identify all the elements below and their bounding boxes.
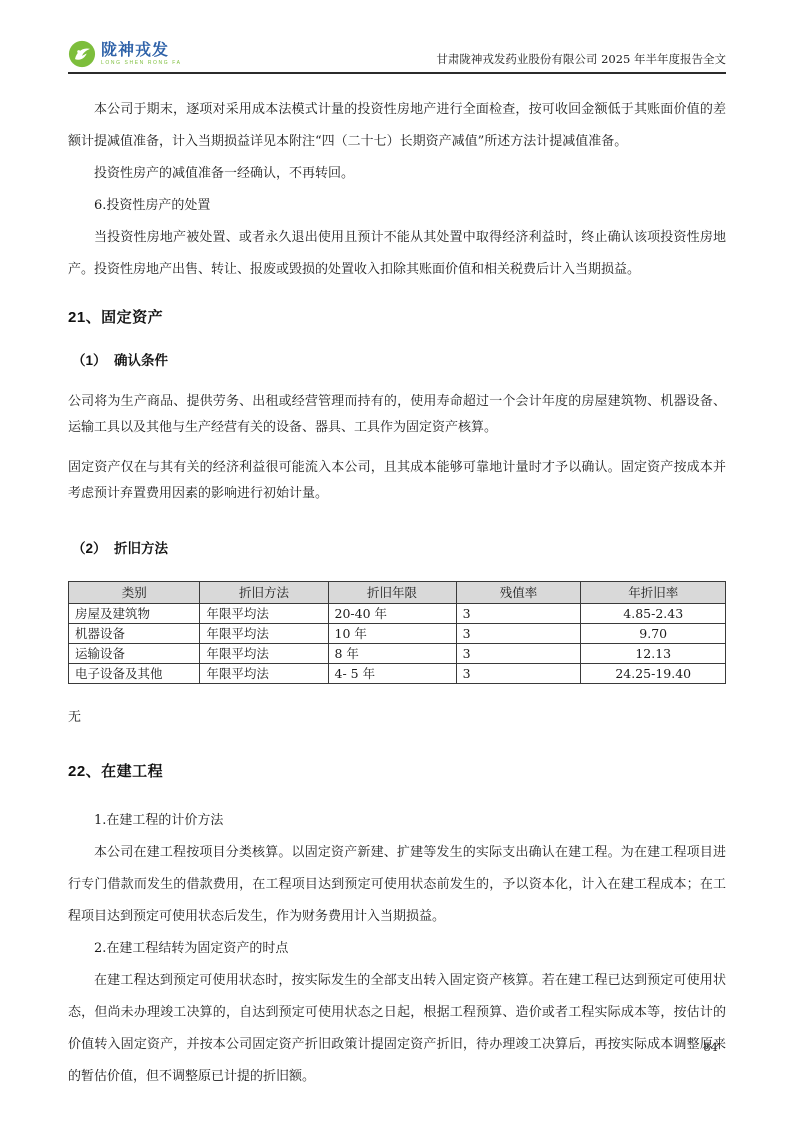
logo-text: 陇神戎发 LONG SHEN RONG FA [101, 43, 182, 66]
table-header-residual-rate: 残值率 [456, 582, 581, 604]
paragraph-disposal-body: 当投资性房地产被处置、或者永久退出使用且预计不能从其处置中取得经济利益时，终止确… [68, 222, 726, 286]
paragraph-fixed-asset-measurement: 固定资产仅在与其有关的经济利益很可能流入本公司，且其成本能够可靠地计量时才予以确… [68, 455, 726, 507]
table-row: 运输设备 年限平均法 8 年 3 12.13 [69, 644, 726, 664]
table-cell: 3 [456, 664, 581, 684]
table-header-annual-rate: 年折旧率 [581, 582, 726, 604]
table-row: 电子设备及其他 年限平均法 4- 5 年 3 24.25-19.40 [69, 664, 726, 684]
table-cell: 10 年 [328, 624, 456, 644]
logo-icon [68, 40, 96, 68]
paragraph-impairment-check: 本公司于期末，逐项对采用成本法模式计量的投资性房地产进行全面检查，按可收回金额低… [68, 94, 726, 158]
paragraph-fixed-asset-recognition: 公司将为生产商品、提供劳务、出租或经营管理而持有的，使用寿命超过一个会计年度的房… [68, 389, 726, 441]
table-cell: 3 [456, 624, 581, 644]
section-21-sub2-heading: （2） 折旧方法 [68, 537, 726, 557]
paragraph-cip-transfer-title: 2.在建工程结转为固定资产的时点 [68, 933, 726, 965]
section-22-heading: 22、在建工程 [68, 760, 726, 781]
table-cell: 3 [456, 604, 581, 624]
table-cell: 9.70 [581, 624, 726, 644]
page-number: 84 [703, 1040, 718, 1054]
page-content: 本公司于期末，逐项对采用成本法模式计量的投资性房地产进行全面检查，按可收回金额低… [68, 94, 726, 1093]
table-cell: 3 [456, 644, 581, 664]
table-cell: 12.13 [581, 644, 726, 664]
report-page: 陇神戎发 LONG SHEN RONG FA 甘肃陇神戎发药业股份有限公司 20… [0, 0, 793, 1122]
table-header-row: 类别 折旧方法 折旧年限 残值率 年折旧率 [69, 582, 726, 604]
page-header: 陇神戎发 LONG SHEN RONG FA 甘肃陇神戎发药业股份有限公司 20… [68, 0, 726, 74]
paragraph-cip-transfer-body: 在建工程达到预定可使用状态时，按实际发生的全部支出转入固定资产核算。若在建工程已… [68, 965, 726, 1093]
logo-brand-en: LONG SHEN RONG FA [101, 61, 182, 66]
section-21-sub1-heading: （1） 确认条件 [68, 349, 726, 369]
table-row: 机器设备 年限平均法 10 年 3 9.70 [69, 624, 726, 644]
table-cell: 4- 5 年 [328, 664, 456, 684]
table-cell: 20-40 年 [328, 604, 456, 624]
table-cell: 机器设备 [69, 624, 200, 644]
table-cell: 年限平均法 [200, 624, 328, 644]
document-title: 甘肃陇神戎发药业股份有限公司 2025 年半年度报告全文 [436, 51, 726, 68]
table-cell: 房屋及建筑物 [69, 604, 200, 624]
table-header-life: 折旧年限 [328, 582, 456, 604]
section-21-heading: 21、固定资产 [68, 306, 726, 327]
table-cell: 24.25-19.40 [581, 664, 726, 684]
depreciation-table: 类别 折旧方法 折旧年限 残值率 年折旧率 房屋及建筑物 年限平均法 20-40… [68, 581, 726, 684]
table-cell: 8 年 [328, 644, 456, 664]
table-cell: 4.85-2.43 [581, 604, 726, 624]
table-row: 房屋及建筑物 年限平均法 20-40 年 3 4.85-2.43 [69, 604, 726, 624]
paragraph-cip-valuation-title: 1.在建工程的计价方法 [68, 805, 726, 837]
paragraph-impairment-no-reversal: 投资性房产的减值准备一经确认，不再转回。 [68, 158, 726, 190]
table-cell: 电子设备及其他 [69, 664, 200, 684]
logo-brand-cn: 陇神戎发 [101, 43, 182, 59]
none-note: 无 [68, 702, 726, 734]
paragraph-disposal-title: 6.投资性房产的处置 [68, 190, 726, 222]
table-cell: 年限平均法 [200, 664, 328, 684]
table-header-method: 折旧方法 [200, 582, 328, 604]
table-cell: 年限平均法 [200, 604, 328, 624]
table-header-category: 类别 [69, 582, 200, 604]
paragraph-cip-valuation-body: 本公司在建工程按项目分类核算。以固定资产新建、扩建等发生的实际支出确认在建工程。… [68, 837, 726, 933]
company-logo: 陇神戎发 LONG SHEN RONG FA [68, 40, 182, 68]
table-cell: 年限平均法 [200, 644, 328, 664]
table-cell: 运输设备 [69, 644, 200, 664]
